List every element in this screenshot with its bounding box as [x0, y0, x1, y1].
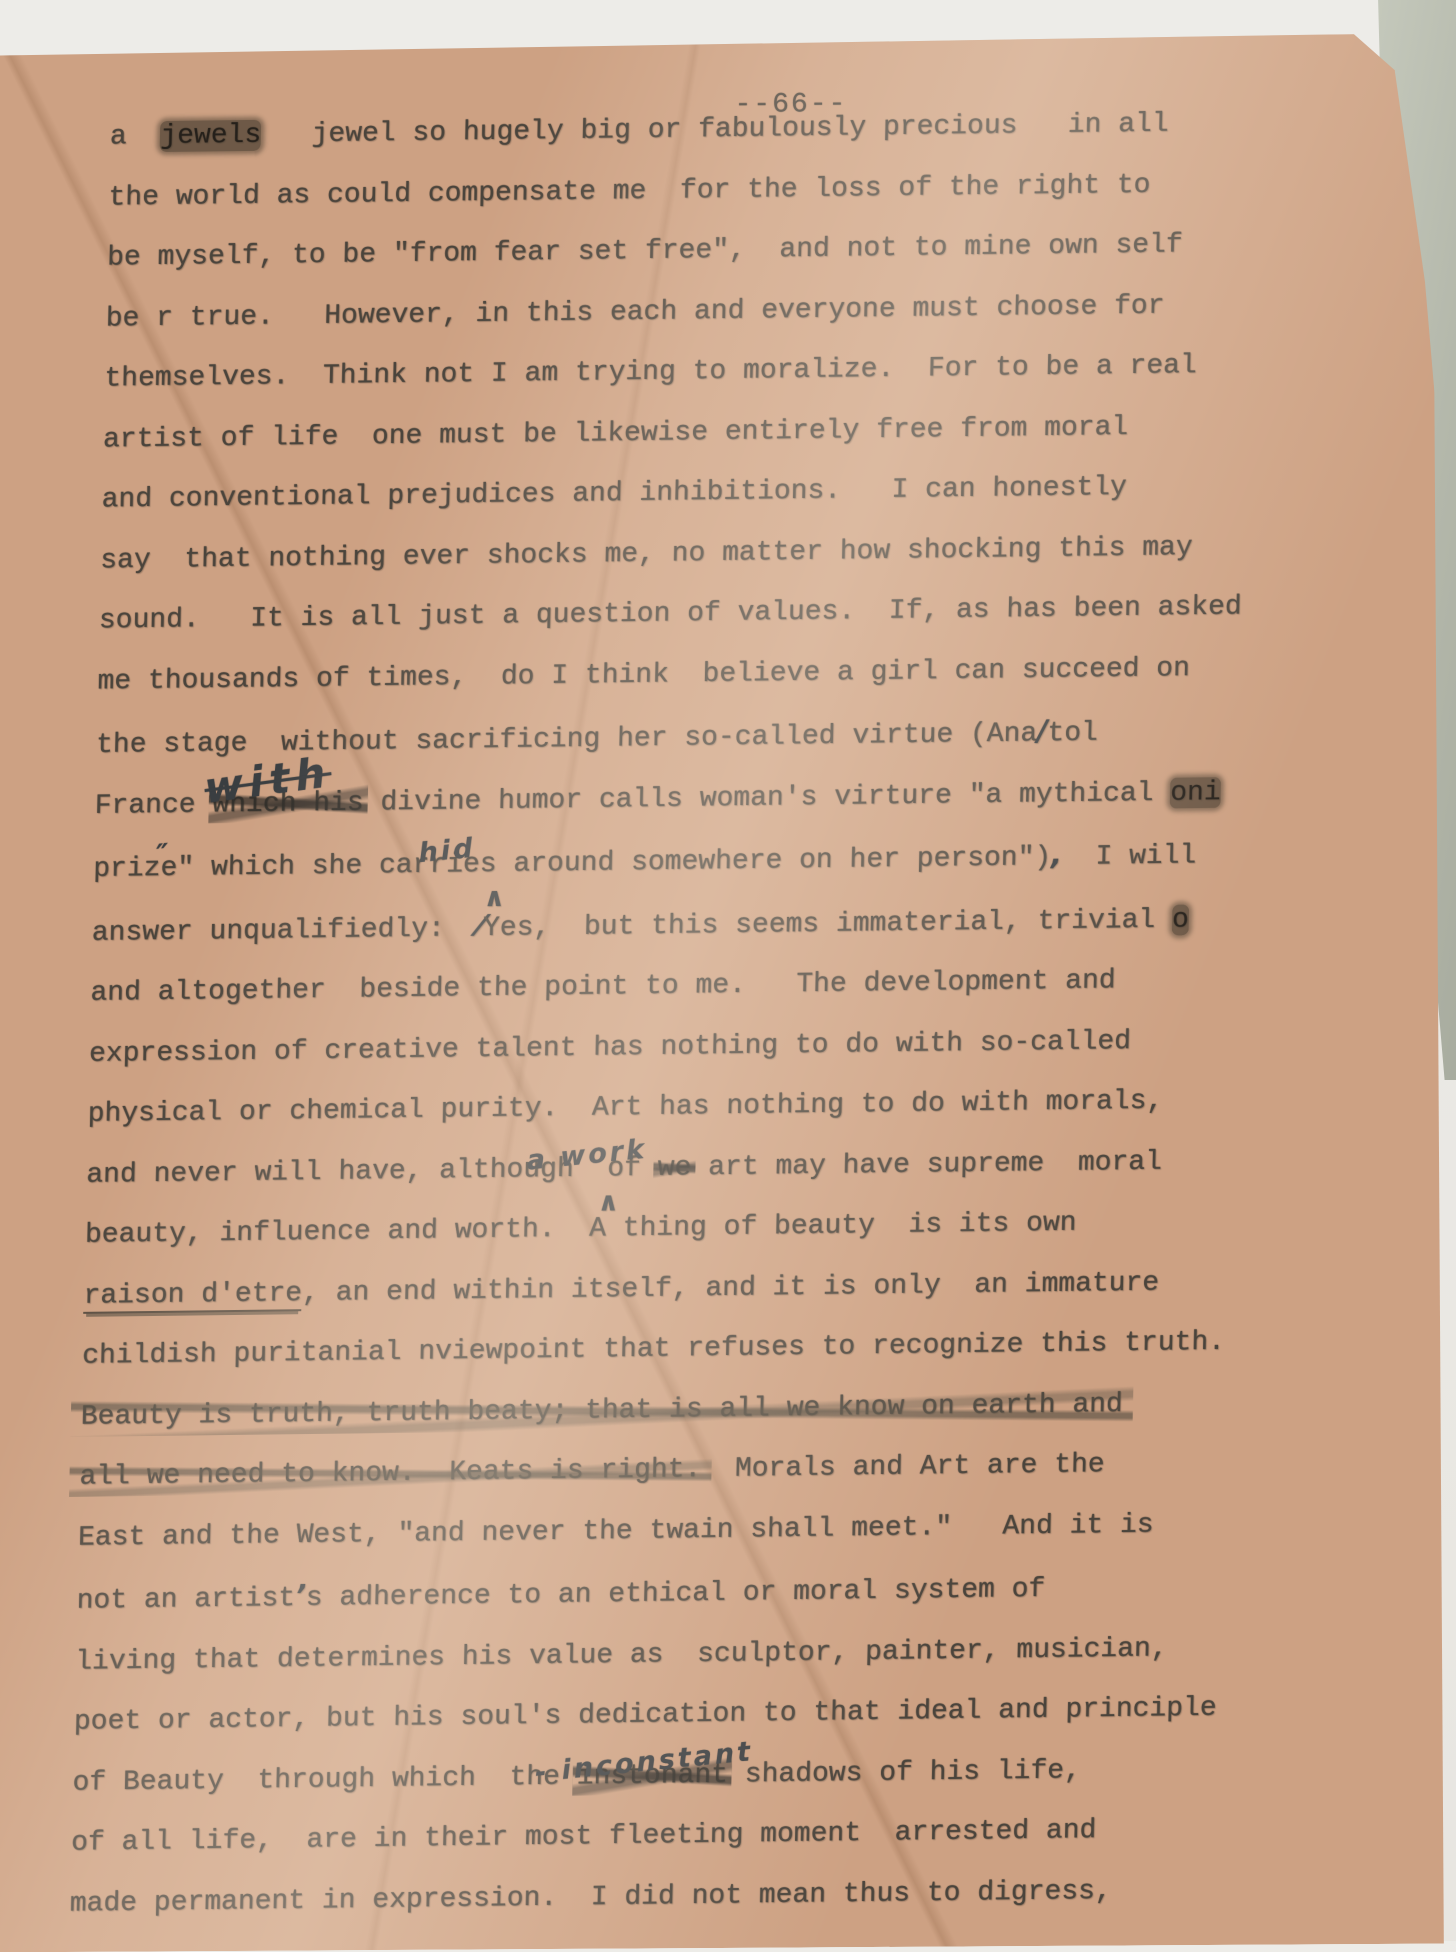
typed-segment: sound. It is all just a question of valu…: [99, 592, 1242, 637]
typed-segment: childish puritanial nviewpoint that refu…: [82, 1327, 1225, 1372]
typed-segment: we: [657, 1152, 691, 1183]
typed-segment: of a work∧: [590, 1152, 658, 1184]
typed-segment: the world as could compensate me for the…: [108, 169, 1151, 213]
typed-segment: all we need to know. Keats is right.: [79, 1454, 701, 1493]
typed-segment: around somewhere on her person"): [496, 842, 1051, 880]
typed-segment: France: [94, 789, 212, 821]
typescript-page: --66-- a jewels jewel so hugely big or f…: [0, 34, 1444, 1941]
typed-segment: raison d'etre: [83, 1278, 302, 1314]
typed-text: a jewels jewel so hugely big or fabulous…: [69, 92, 1371, 1935]
typed-segment: say that nothing ever shocks me, no matt…: [100, 532, 1193, 576]
typed-segment: East and the West, "and never the twain …: [78, 1509, 1154, 1553]
typed-segment: living that determines his value as scul…: [75, 1633, 1168, 1677]
typed-segment: poet or actor, but his soul's dedication…: [74, 1693, 1217, 1738]
typed-segment: jewel so hugely big or fabulously precio…: [261, 109, 1169, 151]
typed-segment: , an end within itself, and it is only a…: [302, 1267, 1160, 1308]
typed-segment: divine humor calls woman's virture "a my…: [363, 777, 1170, 818]
typed-segment: not an artist: [76, 1583, 295, 1617]
typed-segment: and altogether beside the point to me. T…: [90, 965, 1116, 1009]
typed-segment: oni: [1170, 777, 1221, 809]
typed-segment: jewels: [160, 120, 262, 152]
typed-segment: Beauty is truth, truth beaty; that is al…: [81, 1389, 1124, 1433]
typed-segment: of Beauty through which the: [72, 1761, 577, 1798]
typed-segment: of all life, are in their most fleeting …: [71, 1815, 1097, 1859]
typed-segment: Yes, but this seems immaterial, trivial: [483, 904, 1173, 943]
typed-segment: tol: [1047, 718, 1098, 750]
typed-segment: be myself, to be "from fear set free", a…: [107, 230, 1183, 274]
typed-segment: be r true. However, in this each and eve…: [105, 290, 1164, 334]
typed-segment: and never will have, although: [86, 1153, 591, 1190]
handwritten-annotation: hid: [416, 819, 477, 885]
typed-segment: I will: [1061, 840, 1196, 873]
handwritten-annotation: a work: [525, 1120, 649, 1192]
typed-segment: Morals and Art are the: [701, 1449, 1105, 1485]
typed-segment: themselves. Think not I am trying to mor…: [104, 350, 1197, 394]
typed-segment: prize"″: [93, 853, 195, 885]
typed-segment: s adherence to an ethical or moral syste…: [305, 1574, 1045, 1614]
typed-segment: expression of creative talent has nothin…: [89, 1026, 1132, 1070]
typed-segment: a: [110, 121, 161, 153]
typed-segment: artist of life one must be likewise enti…: [103, 412, 1129, 456]
typed-segment: o: [1172, 904, 1190, 935]
typed-segment: which hiswith: [212, 787, 364, 820]
typed-segment: made permanent in expression. I did not …: [69, 1876, 1112, 1920]
typed-segment: and conventional prejudices and inhibiti…: [101, 472, 1127, 516]
typed-segment: instonant- inconstant: [576, 1759, 728, 1792]
typed-segment: shadows of his life,: [728, 1755, 1082, 1790]
typed-segment: which she carrieshid∧: [194, 849, 497, 884]
typed-segment: art may have supreme moral: [691, 1146, 1162, 1183]
handwritten-annotation: ″: [154, 825, 173, 887]
typed-segment: me thousands of times, do I think believ…: [97, 653, 1190, 697]
typed-segment: answer unqualifiedly:: [91, 913, 478, 949]
typed-segment: beauty, influence and worth. A thing of …: [85, 1208, 1077, 1251]
